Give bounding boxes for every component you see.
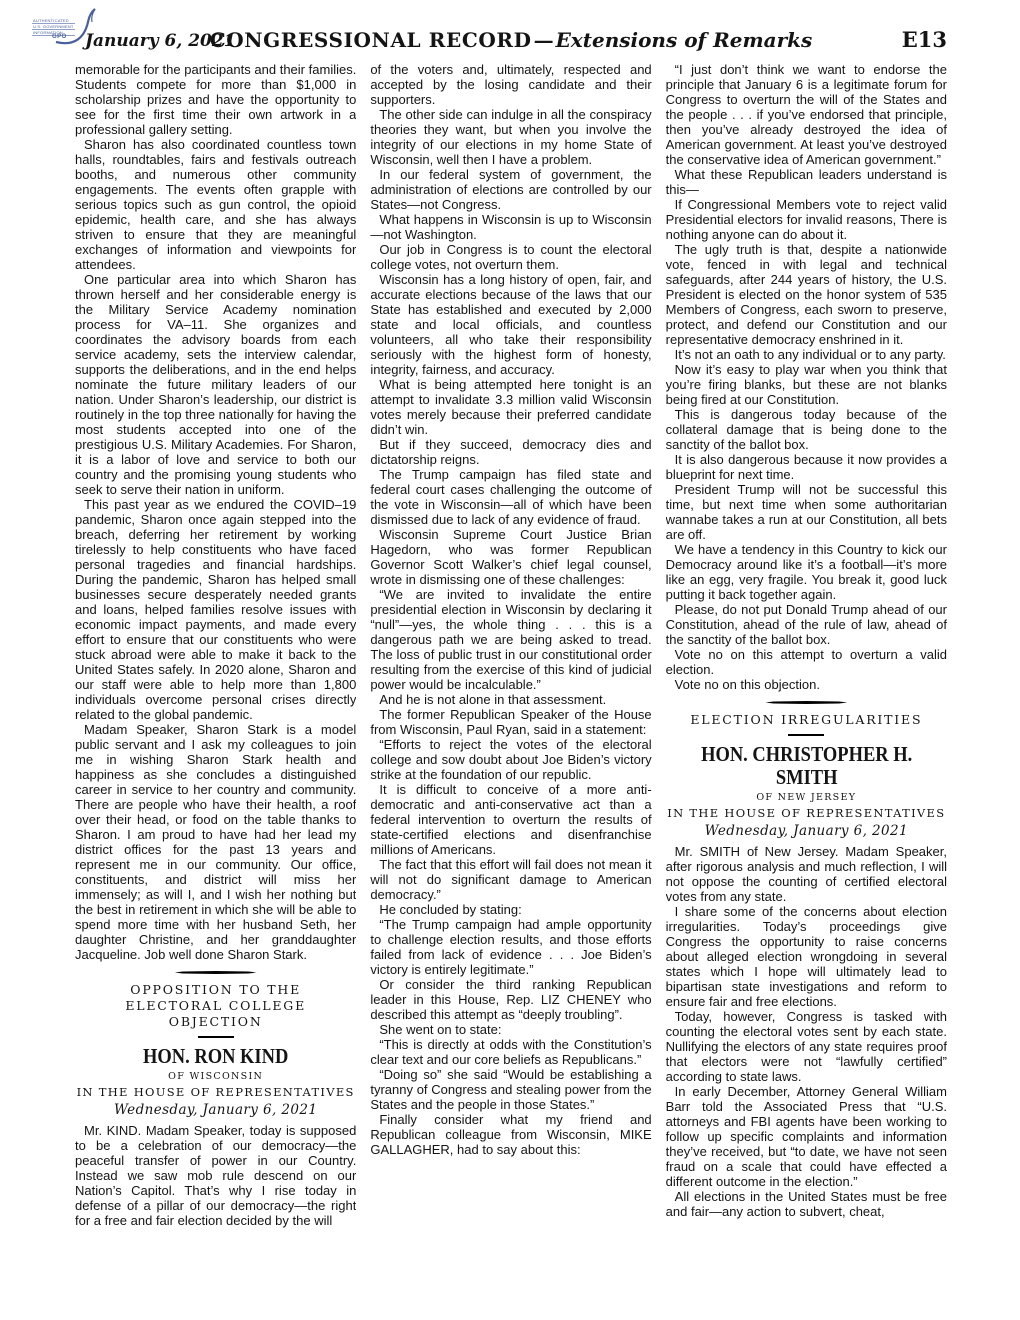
speaker-name: HON. RON KIND <box>92 1045 340 1068</box>
body-paragraph: “This is directly at odds with the Const… <box>370 1037 651 1067</box>
body-paragraph: “Doing so” she said “Would be establishi… <box>370 1067 651 1112</box>
body-paragraph: And he is not alone in that assessment. <box>370 692 651 707</box>
section-title-rule <box>788 734 824 736</box>
speaker-state: OF WISCONSIN <box>75 1071 356 1083</box>
congressional-record-page: AUTHENTICATED U.S. GOVERNMENT INFORMATIO… <box>0 0 1020 1320</box>
publication-title-dash: — <box>532 28 556 52</box>
body-paragraph: He concluded by stating: <box>370 902 651 917</box>
column-3: “I just don’t think we want to endorse t… <box>666 62 947 1242</box>
body-paragraph: But if they succeed, democracy dies and … <box>370 437 651 467</box>
body-paragraph: I share some of the concerns about elect… <box>666 904 947 1009</box>
body-paragraph: The fact that this effort will fail does… <box>370 857 651 902</box>
page-number: E13 <box>902 27 947 52</box>
page-header: January 6, 2021 CONGRESSIONAL RECORD—Ext… <box>75 28 947 56</box>
body-paragraph: The Trump campaign has filed state and f… <box>370 467 651 527</box>
body-paragraph: Mr. KIND. Madam Speaker, today is suppos… <box>75 1123 356 1228</box>
speaker-name: HON. CHRISTOPHER H. SMITH <box>683 743 931 789</box>
speech-date: Wednesday, January 6, 2021 <box>75 1102 356 1118</box>
body-paragraph-continuation: of the voters and, ultimately, respected… <box>370 62 651 107</box>
publication-title-section: Extensions of Remarks <box>556 28 813 52</box>
speaker-chamber: IN THE HOUSE OF REPRESENTATIVES <box>666 806 947 820</box>
publication-title: CONGRESSIONAL RECORD—Extensions of Remar… <box>75 28 947 52</box>
body-paragraph: What happens in Wisconsin is up to Wisco… <box>370 212 651 242</box>
body-paragraph: Vote no on this objection. <box>666 677 947 692</box>
section-divider-rule <box>765 701 847 704</box>
body-paragraph: It’s not an oath to any individual or to… <box>666 347 947 362</box>
body-paragraph: This is dangerous today because of the c… <box>666 407 947 452</box>
section-divider-rule <box>175 971 257 974</box>
column-1: memorable for the participants and their… <box>75 62 356 1242</box>
body-paragraph: Or consider the third ranking Republican… <box>370 977 651 1022</box>
body-paragraph: The other side can indulge in all the co… <box>370 107 651 167</box>
body-paragraph: What these Republican leaders understand… <box>666 167 947 197</box>
body-paragraph: Wisconsin has a long history of open, fa… <box>370 272 651 377</box>
body-paragraph: Our job in Congress is to count the elec… <box>370 242 651 272</box>
speech-date: Wednesday, January 6, 2021 <box>666 823 947 839</box>
body-paragraph: All elections in the United States must … <box>666 1189 947 1219</box>
body-paragraph: Vote no on this attempt to overturn a va… <box>666 647 947 677</box>
body-paragraph-continuation: memorable for the participants and their… <box>75 62 356 137</box>
body-paragraph: “Efforts to reject the votes of the elec… <box>370 737 651 782</box>
body-paragraph: What is being attempted here tonight is … <box>370 377 651 437</box>
body-paragraph: This past year as we endured the COVID–1… <box>75 497 356 722</box>
body-paragraph: Please, do not put Donald Trump ahead of… <box>666 602 947 647</box>
column-2: of the voters and, ultimately, respected… <box>370 62 651 1242</box>
body-paragraph: The former Republican Speaker of the Hou… <box>370 707 651 737</box>
body-paragraph: Wisconsin Supreme Court Justice Brian Ha… <box>370 527 651 587</box>
body-paragraph: It is also dangerous because it now prov… <box>666 452 947 482</box>
article-columns: memorable for the participants and their… <box>75 62 947 1242</box>
body-paragraph: We have a tendency in this Country to ki… <box>666 542 947 602</box>
section-title: OPPOSITION TO THE ELECTORAL COLLEGE OBJE… <box>79 982 352 1030</box>
body-paragraph: Mr. SMITH of New Jersey. Madam Speaker, … <box>666 844 947 904</box>
body-paragraph: In our federal system of government, the… <box>370 167 651 212</box>
body-paragraph: Finally consider what my friend and Repu… <box>370 1112 651 1157</box>
body-paragraph: Today, however, Congress is tasked with … <box>666 1009 947 1084</box>
publication-title-main: CONGRESSIONAL RECORD <box>210 28 532 52</box>
body-paragraph: President Trump will not be successful t… <box>666 482 947 542</box>
speaker-state: OF NEW JERSEY <box>666 792 947 804</box>
body-paragraph: One particular area into which Sharon ha… <box>75 272 356 497</box>
gpo-seal-gpo-label: GPO <box>52 34 67 40</box>
body-paragraph: Sharon has also coordinated countless to… <box>75 137 356 272</box>
body-paragraph: If Congressional Members vote to reject … <box>666 197 947 242</box>
body-paragraph: The ugly truth is that, despite a nation… <box>666 242 947 347</box>
body-paragraph: Madam Speaker, Sharon Stark is a model p… <box>75 722 356 962</box>
body-paragraph: It is difficult to conceive of a more an… <box>370 782 651 857</box>
body-paragraph: Now it’s easy to play war when you think… <box>666 362 947 407</box>
section-title-rule <box>198 1036 234 1038</box>
speaker-chamber: IN THE HOUSE OF REPRESENTATIVES <box>75 1085 356 1099</box>
body-paragraph: She went on to state: <box>370 1022 651 1037</box>
body-paragraph: “The Trump campaign had ample opportunit… <box>370 917 651 977</box>
body-paragraph: “I just don’t think we want to endorse t… <box>666 62 947 167</box>
section-title: ELECTION IRREGULARITIES <box>670 712 943 728</box>
body-paragraph: In early December, Attorney General Will… <box>666 1084 947 1189</box>
body-paragraph: “We are invited to invalidate the entire… <box>370 587 651 692</box>
